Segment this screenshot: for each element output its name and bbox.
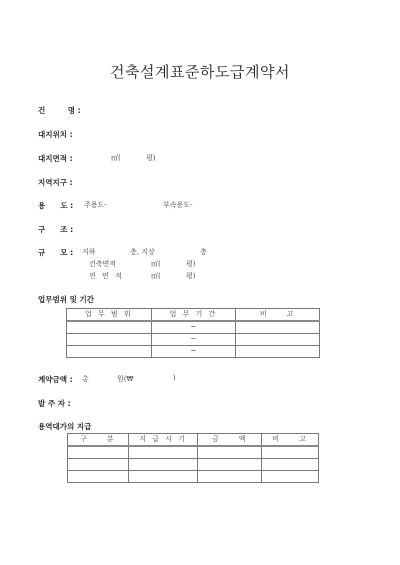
contract-amount-label: 계약금액 : (38, 374, 73, 385)
scale-floor-unit: 층 (200, 247, 207, 257)
scope-table-header: 업 무 범 위 업 무 기 간 비 고 (67, 309, 320, 322)
table-cell[interactable] (198, 459, 262, 471)
table-row: ~ (67, 321, 320, 334)
floor-area-pyeong: 평) (186, 271, 196, 281)
scope-section-heading: 업무범위 및 기간 (38, 294, 94, 305)
table-cell[interactable] (198, 446, 262, 459)
use-main: 주용도- (84, 200, 107, 210)
table-cell[interactable] (198, 471, 262, 483)
table-cell[interactable]: ~ (151, 321, 236, 334)
table-cell[interactable]: ~ (151, 334, 236, 346)
table-cell[interactable] (128, 446, 198, 459)
scope-header-remarks: 비 고 (236, 309, 320, 322)
table-cell[interactable] (68, 446, 129, 459)
table-cell[interactable] (67, 346, 152, 358)
payment-section-heading: 용역대가의 지급 (38, 421, 91, 432)
building-area-pyeong: 평) (186, 259, 196, 269)
scale-label: 규 모 : (38, 247, 73, 258)
payment-header-timing: 지 급 시 기 (128, 434, 198, 447)
table-row: ~ (67, 334, 320, 346)
table-row (68, 471, 319, 483)
building-area-unit: ㎡( (151, 259, 161, 269)
table-row (68, 459, 319, 471)
payment-table-header: 구 분 지 급 시 기 금 액 비 고 (68, 434, 319, 447)
scale-floor-above: 층, 지상 (130, 247, 155, 257)
site-area-pyeong: 평) (146, 153, 156, 163)
site-location-label: 대지위치 : (38, 129, 73, 140)
table-cell[interactable] (262, 446, 319, 459)
table-cell[interactable] (67, 334, 152, 346)
site-area-label: 대지면적 : (38, 153, 73, 164)
table-cell[interactable] (68, 459, 129, 471)
table-cell[interactable] (128, 471, 198, 483)
document-title: 건축설계표준하도급계약서 (0, 61, 400, 82)
table-cell[interactable]: ~ (151, 346, 236, 358)
table-cell[interactable] (236, 321, 320, 334)
scope-header-period: 업 무 기 간 (151, 309, 236, 322)
contract-amount-total: 총 (82, 374, 89, 384)
table-cell[interactable] (128, 459, 198, 471)
table-cell[interactable] (236, 346, 320, 358)
floor-area-unit: ㎡( (151, 271, 161, 281)
table-cell[interactable] (68, 471, 129, 483)
table-row: ~ (67, 346, 320, 358)
table-cell[interactable] (262, 471, 319, 483)
site-area-unit: ㎡( (111, 153, 121, 163)
client-label: 발 주 자 : (38, 398, 71, 409)
use-label: 용 도 : (38, 200, 73, 211)
payment-header-amount: 금 액 (198, 434, 262, 447)
payment-header-category: 구 분 (68, 434, 129, 447)
scale-underground: 지하 (82, 247, 96, 257)
table-cell[interactable] (236, 334, 320, 346)
use-sub: 부속용도- (163, 200, 193, 210)
structure-label: 구 조 : (38, 224, 73, 235)
table-cell[interactable] (262, 459, 319, 471)
project-name-label: 건 명 : (38, 105, 81, 116)
building-area-label: 건축면적 (89, 259, 116, 269)
zone-label: 지역지구 : (38, 177, 73, 188)
payment-header-remarks: 비 고 (262, 434, 319, 447)
floor-area-label: 연 면 적 (89, 271, 124, 281)
table-cell[interactable] (67, 321, 152, 334)
scope-table: 업 무 범 위 업 무 기 간 비 고 ~ ~ ~ (66, 308, 320, 358)
scope-header-range: 업 무 범 위 (67, 309, 152, 322)
contract-amount-close: ) (173, 374, 176, 382)
contract-amount-won: 원(₩ (117, 374, 133, 384)
payment-table: 구 분 지 급 시 기 금 액 비 고 (67, 433, 319, 483)
table-row (68, 446, 319, 459)
